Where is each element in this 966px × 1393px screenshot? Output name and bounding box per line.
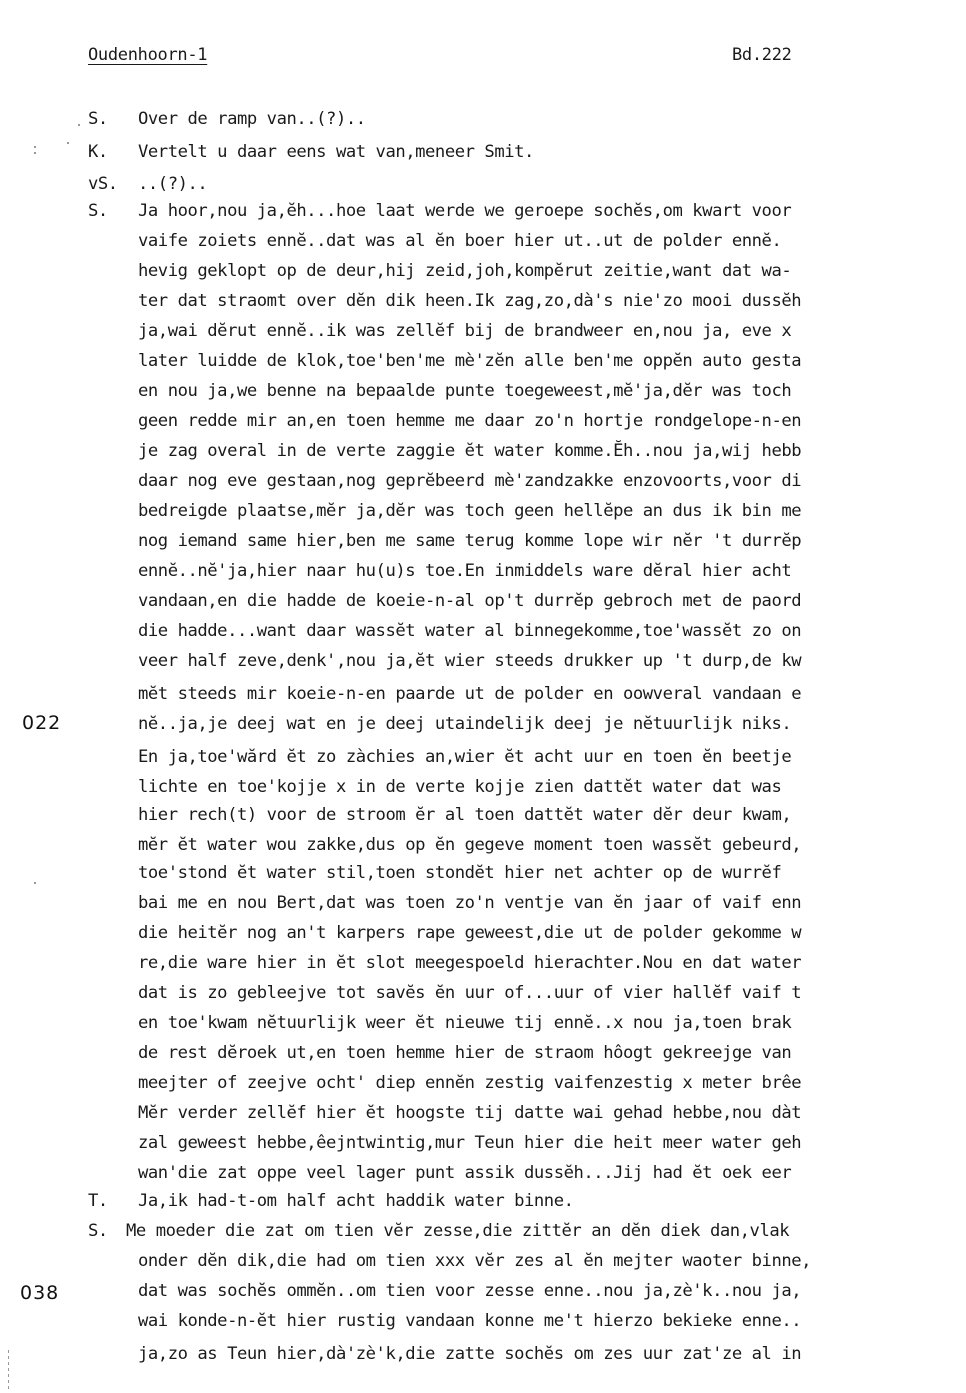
transcript-line: vS...(?).. [88, 172, 207, 196]
line-text: dat was sochĕs ommĕn..om tien voor zesse… [138, 1281, 801, 1301]
scan-edge-mark [8, 1350, 9, 1390]
line-text: En ja,toe'wărd ĕt zo zàchies an,wier ĕt … [138, 747, 791, 767]
transcript-line: nog iemand same hier,ben me same terug k… [88, 529, 801, 553]
speaker-label: K. [88, 140, 138, 164]
transcript-line: mĕr ĕt water wou zakke,dus op ĕn gegeve … [88, 833, 801, 857]
transcript-line: vandaan,en die hadde de koeie-n-al op't … [88, 589, 801, 613]
scan-speck [78, 124, 80, 126]
line-text: ..(?).. [138, 174, 207, 194]
margin-note-counter: 022 [22, 712, 61, 734]
line-text: Ja hoor,nou ja,ĕh...hoe laat werde we ge… [138, 201, 791, 221]
line-text: die hadde...want daar wassĕt water al bi… [138, 621, 801, 641]
line-text: ter dat straomt over dĕn dik heen.Ik zag… [138, 291, 801, 311]
transcript-line: bedreigde plaatse,mĕr ja,dĕr was toch ge… [88, 499, 801, 523]
scan-speck [67, 142, 69, 144]
transcript-line: en toe'kwam nĕtuurlijk weer ĕt nieuwe ti… [88, 1011, 791, 1035]
transcript-line: hevig geklopt op de deur,hij zeid,joh,ko… [88, 259, 791, 283]
line-text: Ja,ik had-t-om half acht haddik water bi… [138, 1191, 574, 1211]
transcript-line: S.Over de ramp van..(?).. [88, 107, 366, 131]
transcript-line: re,die ware hier in ĕt slot meegespoeld … [88, 951, 801, 975]
line-text: geen redde mir an,en toen hemme me daar … [138, 411, 801, 431]
line-text: meejter of zeejve ocht' diep ennĕn zesti… [138, 1073, 801, 1093]
transcript-line: ter dat straomt over dĕn dik heen.Ik zag… [88, 289, 801, 313]
transcript-line: wai konde-n-ĕt hier rustig vandaan konne… [88, 1309, 801, 1333]
transcript-line: wan'die zat oppe veel lager punt assik d… [88, 1161, 791, 1185]
line-text: bedreigde plaatse,mĕr ja,dĕr was toch ge… [138, 501, 801, 521]
line-text: toe'stond ĕt water stil,toen stondĕt hie… [138, 863, 781, 883]
transcript-line: toe'stond ĕt water stil,toen stondĕt hie… [88, 861, 781, 885]
transcript-line: nĕ..ja,je deej wat en je deej utaindelij… [88, 712, 791, 736]
speaker-label: S. [88, 199, 138, 223]
line-text: wan'die zat oppe veel lager punt assik d… [138, 1163, 791, 1183]
speaker-label: S. [88, 1219, 126, 1243]
line-text: ennĕ..nĕ'ja,hier naar hu(u)s toe.En inmi… [138, 561, 791, 581]
line-text: lichte en toe'kojje x in de verte kojje … [138, 777, 781, 797]
line-text: ja,wai dĕrut ennĕ..ik was zellĕf bij de … [138, 321, 791, 341]
transcript-line: veer half zeve,denk',nou ja,ĕt wier stee… [88, 649, 801, 673]
line-text: hevig geklopt op de deur,hij zeid,joh,ko… [138, 261, 791, 281]
transcript-line: vaife zoiets ennĕ..dat was al ĕn boer hi… [88, 229, 781, 253]
line-text: daar nog eve gestaan,nog geprĕbeerd mè'z… [138, 471, 801, 491]
line-text: Vertelt u daar eens wat van,meneer Smit. [138, 142, 534, 162]
transcript-line: hier rech(t) voor de stroom ĕr al toen d… [88, 803, 791, 827]
line-text: en nou ja,we benne na bepaalde punte toe… [138, 381, 791, 401]
transcript-line: mĕt steeds mir koeie-n-en paarde ut de p… [88, 682, 801, 706]
document-title: Oudenhoorn-1 [88, 45, 207, 65]
line-text: hier rech(t) voor de stroom ĕr al toen d… [138, 805, 791, 825]
line-text: vandaan,en die hadde de koeie-n-al op't … [138, 591, 801, 611]
line-text: vaife zoiets ennĕ..dat was al ĕn boer hi… [138, 231, 781, 251]
transcript-line: later luidde de klok,toe'ben'me mè'zĕn a… [88, 349, 801, 373]
scan-speck [34, 146, 36, 148]
transcript-line: ja,wai dĕrut ennĕ..ik was zellĕf bij de … [88, 319, 791, 343]
line-text: die heitĕr nog an't karpers rape geweest… [138, 923, 801, 943]
line-text: Mĕr verder zellĕf hier ĕt hoogste tij da… [138, 1103, 801, 1123]
transcript-line: onder dĕn dik,die had om tien xxx vĕr ze… [88, 1249, 811, 1273]
transcript-line: S.Ja hoor,nou ja,ĕh...hoe laat werde we … [88, 199, 791, 223]
transcript-line: S.Me moeder die zat om tien vĕr zesse,di… [88, 1219, 789, 1243]
transcript-line: lichte en toe'kojje x in de verte kojje … [88, 775, 781, 799]
line-text: nog iemand same hier,ben me same terug k… [138, 531, 801, 551]
transcript-line: En ja,toe'wărd ĕt zo zàchies an,wier ĕt … [88, 745, 791, 769]
transcript-line: T.Ja,ik had-t-om half acht haddik water … [88, 1189, 574, 1213]
speaker-label: S. [88, 107, 138, 131]
line-text: en toe'kwam nĕtuurlijk weer ĕt nieuwe ti… [138, 1013, 791, 1033]
transcript-line: K.Vertelt u daar eens wat van,meneer Smi… [88, 140, 534, 164]
transcript-line: die hadde...want daar wassĕt water al bi… [88, 619, 801, 643]
scan-speck [34, 882, 36, 884]
line-text: Over de ramp van..(?).. [138, 109, 366, 129]
line-text: nĕ..ja,je deej wat en je deej utaindelij… [138, 714, 791, 734]
line-text: veer half zeve,denk',nou ja,ĕt wier stee… [138, 651, 801, 671]
scan-speck [34, 152, 36, 154]
margin-note-counter: 038 [20, 1282, 59, 1304]
transcript-line: je zag overal in de verte zaggie ĕt wate… [88, 439, 801, 463]
transcript-line: geen redde mir an,en toen hemme me daar … [88, 409, 801, 433]
line-text: de rest dĕroek ut,en toen hemme hier de … [138, 1043, 791, 1063]
line-text: je zag overal in de verte zaggie ĕt wate… [138, 441, 801, 461]
line-text: dat is zo gebleejve tot savĕs ĕn uur of.… [138, 983, 801, 1003]
line-text: ja,zo as Teun hier,dà'zè'k,die zatte soc… [138, 1344, 801, 1364]
line-text: mĕr ĕt water wou zakke,dus op ĕn gegeve … [138, 835, 801, 855]
line-text: mĕt steeds mir koeie-n-en paarde ut de p… [138, 684, 801, 704]
line-text: wai konde-n-ĕt hier rustig vandaan konne… [138, 1311, 801, 1331]
document-reference: Bd.222 [732, 45, 792, 65]
transcript-line: zal geweest hebbe,êejntwintig,mur Teun h… [88, 1131, 801, 1155]
transcript-line: de rest dĕroek ut,en toen hemme hier de … [88, 1041, 791, 1065]
transcript-line: bai me en nou Bert,dat was toen zo'n ven… [88, 891, 801, 915]
transcript-line: dat is zo gebleejve tot savĕs ĕn uur of.… [88, 981, 801, 1005]
line-text: later luidde de klok,toe'ben'me mè'zĕn a… [138, 351, 801, 371]
speaker-label: vS. [88, 172, 138, 196]
line-text: zal geweest hebbe,êejntwintig,mur Teun h… [138, 1133, 801, 1153]
transcript-line: ennĕ..nĕ'ja,hier naar hu(u)s toe.En inmi… [88, 559, 791, 583]
transcript-line: daar nog eve gestaan,nog geprĕbeerd mè'z… [88, 469, 801, 493]
line-text: onder dĕn dik,die had om tien xxx vĕr ze… [138, 1251, 811, 1271]
speaker-label: T. [88, 1189, 138, 1213]
line-text: bai me en nou Bert,dat was toen zo'n ven… [138, 893, 801, 913]
transcript-page: Oudenhoorn-1 Bd.222 S.Over de ramp van..… [0, 0, 966, 1393]
line-text: Me moeder die zat om tien vĕr zesse,die … [126, 1221, 789, 1241]
transcript-line: meejter of zeejve ocht' diep ennĕn zesti… [88, 1071, 801, 1095]
transcript-line: ja,zo as Teun hier,dà'zè'k,die zatte soc… [88, 1342, 801, 1366]
transcript-line: die heitĕr nog an't karpers rape geweest… [88, 921, 801, 945]
line-text: re,die ware hier in ĕt slot meegespoeld … [138, 953, 801, 973]
transcript-line: en nou ja,we benne na bepaalde punte toe… [88, 379, 791, 403]
transcript-line: dat was sochĕs ommĕn..om tien voor zesse… [88, 1279, 801, 1303]
transcript-line: Mĕr verder zellĕf hier ĕt hoogste tij da… [88, 1101, 801, 1125]
